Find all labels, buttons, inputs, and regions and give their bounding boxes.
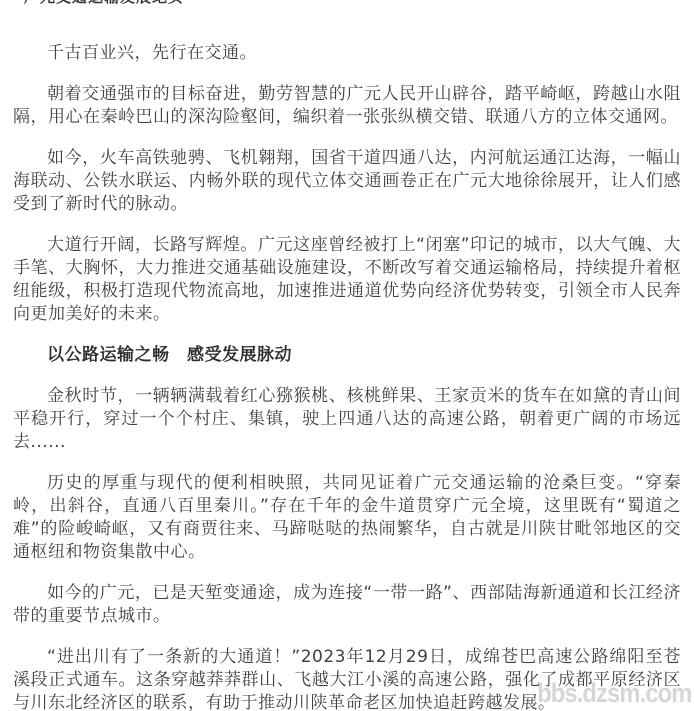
article-page: 广元交通运输发展纪实 千古百业兴，先行在交通。 朝着交通强市的目标奋进，勤劳智慧…: [0, 0, 694, 711]
paragraph: 如今，火车高铁驰骋、飞机翱翔，国省干道四通八达，内河航运通江达海，一幅山海联动、…: [13, 147, 681, 216]
paragraph: 大道行开阔，长路写辉煌。广元这座曾经被打上“闭塞”印记的城市，以大气魄、大手笔、…: [13, 234, 681, 326]
section-heading: 以公路运输之畅 感受发展脉动: [13, 344, 681, 367]
paragraph: 金秋时节，一辆辆满载着红心猕猴桃、核桃鲜果、王家贡米的货车在如黛的青山间平稳开行…: [13, 385, 681, 454]
site-watermark: bbs.dzsm.com: [538, 678, 692, 709]
paragraph: 历史的厚重与现代的便利相映照，共同见证着广元交通运输的沧桑巨变。“穿秦岭，出斜谷…: [13, 472, 681, 564]
clipped-top-text-line: 广元交通运输发展纪实: [24, 0, 284, 7]
clipped-top-text: 广元交通运输发展纪实: [24, 0, 284, 6]
paragraph: 朝着交通强市的目标奋进，勤劳智慧的广元人民开山辟谷，踏平崎岖，跨越山水阻隔，用心…: [13, 83, 681, 129]
paragraph: 如今的广元，已是天堑变通途，成为连接“一带一路”、西部陆海新通道和长江经济带的重…: [13, 582, 681, 628]
paragraph: 千古百业兴，先行在交通。: [13, 42, 681, 65]
article-body: 千古百业兴，先行在交通。 朝着交通强市的目标奋进，勤劳智慧的广元人民开山辟谷，踏…: [0, 0, 694, 711]
